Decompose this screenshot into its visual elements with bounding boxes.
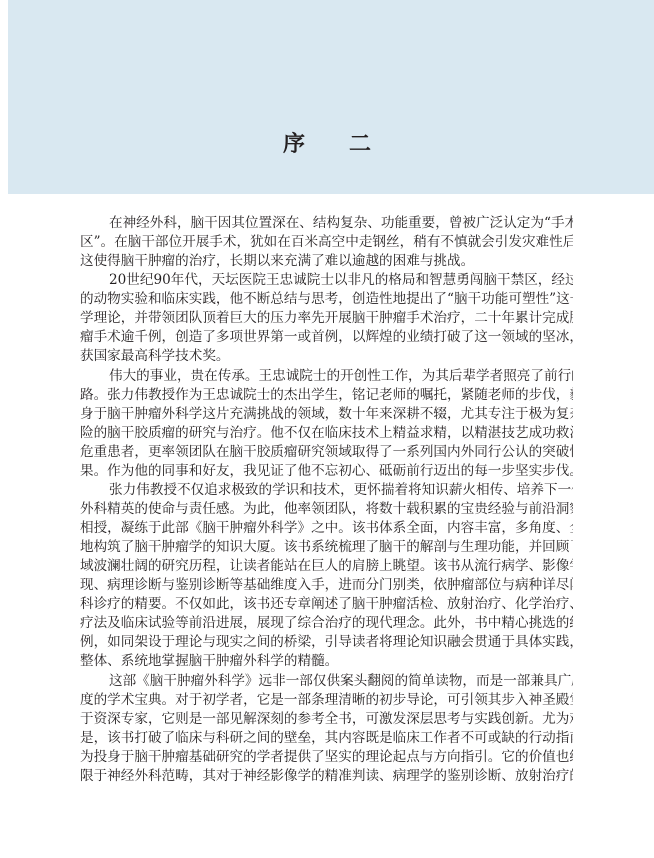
text-line: 于资深专家，它则是一部见解深刻的参考全书，可激发深层思考与实践创新。尤为难得的 <box>80 710 573 729</box>
text-line: 险的脑干胶质瘤的研究与治疗。他不仅在临床技术上精益求精，以精湛技艺成功救治大量 <box>80 424 573 443</box>
text-line: 科诊疗的精要。不仅如此，该书还专章阐述了脑干肿瘤活检、放射治疗、化学治疗、新兴 <box>80 595 573 614</box>
text-line: 疗法及临床试验等前沿进展，展现了综合治疗的现代理念。此外，书中精心挑选的经典病 <box>80 614 573 633</box>
text-line: 张力伟教授不仅追求极致的学识和技术，更怀揣着将知识薪火相传、培养下一代神经 <box>80 481 573 500</box>
text-line: 这部《脑干肿瘤外科学》远非一部仅供案头翻阅的简单读物，而是一部兼具广度与深 <box>80 672 573 691</box>
header-band <box>8 0 654 194</box>
text-line: 身于脑干肿瘤外科学这片充满挑战的领域，数十年来深耕不辍，尤其专注于极为复杂和凶 <box>80 405 573 424</box>
text-line: 域波澜壮阔的研究历程，让读者能站在巨人的肩膀上眺望。该书从流行病学、影像学表 <box>80 557 573 576</box>
text-line: 现、病理诊断与鉴别诊断等基础维度入手，进而分门别类，依肿瘤部位与病种详尽阐释外 <box>80 576 573 595</box>
text-line: 例，如同架设于理论与现实之间的桥梁，引导读者将理论知识融会贯通于具体实践，从而 <box>80 633 573 652</box>
text-line: 学理论，并带领团队顶着巨大的压力率先开展脑干肿瘤手术治疗，二十年累计完成脑干肿 <box>80 309 573 328</box>
text-line: 这使得脑干肿瘤的治疗，长期以来充满了难以逾越的困难与挑战。 <box>80 252 573 271</box>
text-line: 外科精英的使命与责任感。为此，他率领团队，将数十载积累的宝贵经验与前沿洞察倾囊 <box>80 500 573 519</box>
page-title: 序二 <box>0 128 654 160</box>
text-line: 路。张力伟教授作为王忠诚院士的杰出学生，铭记老师的嘱托，紧随老师的步伐，毅然投 <box>80 386 573 405</box>
text-line: 伟大的事业，贵在传承。王忠诚院士的开创性工作，为其后辈学者照亮了前行的道 <box>80 367 573 386</box>
text-line: 是，该书打破了临床与科研之间的壁垒，其内容既是临床工作者不可或缺的行动指南，又 <box>80 729 573 748</box>
text-line: 20世纪90年代，天坛医院王忠诚院士以非凡的格局和智慧勇闯脑干禁区，经过长期 <box>80 271 573 290</box>
text-line: 整体、系统地掌握脑干肿瘤外科学的精髓。 <box>80 652 573 671</box>
text-line: 限于神经外科范畴，其对于神经影像学的精准判读、病理学的鉴别诊断、放射治疗的计划 <box>80 767 573 786</box>
text-line: 的动物实验和临床实践，他不断总结与思考，创造性地提出了“脑干功能可塑性”这一科 <box>80 290 573 309</box>
text-line: 瘤手术逾千例，创造了多项世界第一或首例，以辉煌的业绩打破了这一领域的坚冰，并荣 <box>80 328 573 347</box>
title-char-1: 序 <box>283 131 305 157</box>
text-line: 地构筑了脑干肿瘤学的知识大厦。该书系统梳理了脑干的解剖与生理功能，并回顾了该领 <box>80 538 573 557</box>
preface-body: 在神经外科，脑干因其位置深在、结构复杂、功能重要，曾被广泛认定为“手术禁 区”。… <box>80 214 573 786</box>
text-line: 为投身于脑干肿瘤基础研究的学者提供了坚实的理论起点与方向指引。它的价值也绝非仅 <box>80 748 573 767</box>
text-line: 在神经外科，脑干因其位置深在、结构复杂、功能重要，曾被广泛认定为“手术禁 <box>80 214 573 233</box>
text-line: 危重患者，更率领团队在脑干胶质瘤研究领域取得了一系列国内外同行公认的突破性成 <box>80 443 573 462</box>
text-line: 区”。在脑干部位开展手术，犹如在百米高空中走钢丝，稍有不慎就会引发灾难性后果。 <box>80 233 573 252</box>
text-line: 果。作为他的同事和好友，我见证了他不忘初心、砥砺前行迈出的每一步坚实步伐。 <box>80 462 573 481</box>
text-line: 获国家最高科学技术奖。 <box>80 347 573 366</box>
text-line: 度的学术宝典。对于初学者，它是一部条理清晰的初步导论，可引领其步入神圣殿堂；对 <box>80 691 573 710</box>
title-char-2: 二 <box>349 131 371 157</box>
text-line: 相授，凝练于此部《脑干肿瘤外科学》之中。该书体系全面，内容丰富，多角度、全方位 <box>80 519 573 538</box>
